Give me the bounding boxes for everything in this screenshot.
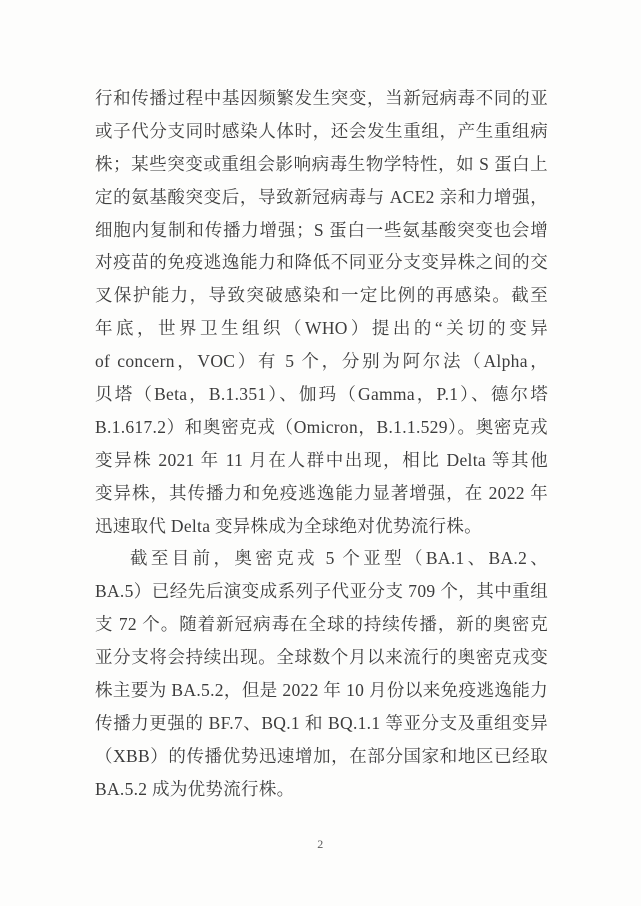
text-line: 变异株 2021 年 11 月在人群中出现，相比 Delta 等其他 VOC (95, 444, 548, 477)
text-line: 对疫苗的免疫逃逸能力和降低不同亚分支变异株之间的交 (95, 246, 548, 279)
text-line: of concern，VOC）有 5 个，分别为阿尔法（Alpha，B.1.1.… (95, 345, 548, 378)
text-line: B.1.617.2）和奥密克戎（Omicron，B.1.1.529）。奥密克戎 (95, 411, 548, 444)
text-line: 株主要为 BA.5.2，但是 2022 年 10 月份以来免疫逃逸能力和 (95, 674, 548, 707)
text-line: 细胞内复制和传播力增强；S 蛋白一些氨基酸突变也会增加 (95, 214, 548, 247)
text-line: 亚分支将会持续出现。全球数个月以来流行的奥密克戎变异 (95, 641, 548, 674)
text-line-paragraph-end: 迅速取代 Delta 变异株成为全球绝对优势流行株。 (95, 510, 548, 543)
text-line: 定的氨基酸突变后，导致新冠病毒与 ACE2 亲和力增强，在 (95, 181, 548, 214)
body-text: 行和传播过程中基因频繁发生突变，当新冠病毒不同的亚型 或子代分支同时感染人体时，… (95, 82, 548, 806)
page-number: 2 (0, 837, 641, 852)
text-line: 变异株，其传播力和免疫逃逸能力显著增强，在 2022 年初 (95, 477, 548, 510)
text-line: 贝塔（Beta，B.1.351）、伽玛（Gamma，P.1）、德尔塔（Delta… (95, 378, 548, 411)
text-line: （XBB）的传播优势迅速增加，在部分国家和地区已经取代 (95, 740, 548, 773)
text-line: 传播力更强的 BF.7、BQ.1 和 BQ.1.1 等亚分支及重组变异株 (95, 707, 548, 740)
text-line-paragraph-start: 截至目前，奥密克戎 5 个亚型（BA.1、BA.2、BA.3、BA.4、 (95, 542, 548, 575)
text-line: 株；某些突变或重组会影响病毒生物学特性，如 S 蛋白上特 (95, 148, 548, 181)
text-line: 行和传播过程中基因频繁发生突变，当新冠病毒不同的亚型 (95, 82, 548, 115)
text-line: 年底，世界卫生组织（WHO）提出的“关切的变异株”（variant (95, 312, 548, 345)
text-line: 或子代分支同时感染人体时，还会发生重组，产生重组病毒 (95, 115, 548, 148)
document-page: 行和传播过程中基因频繁发生突变，当新冠病毒不同的亚型 或子代分支同时感染人体时，… (0, 0, 641, 906)
text-line: 叉保护能力，导致突破感染和一定比例的再感染。截至 2022 (95, 279, 548, 312)
text-line: 支 72 个。随着新冠病毒在全球的持续传播，新的奥密克戎 (95, 608, 548, 641)
text-line-paragraph-end: BA.5.2 成为优势流行株。 (95, 773, 548, 806)
text-line: BA.5）已经先后演变成系列子代亚分支 709 个，其中重组分 (95, 575, 548, 608)
